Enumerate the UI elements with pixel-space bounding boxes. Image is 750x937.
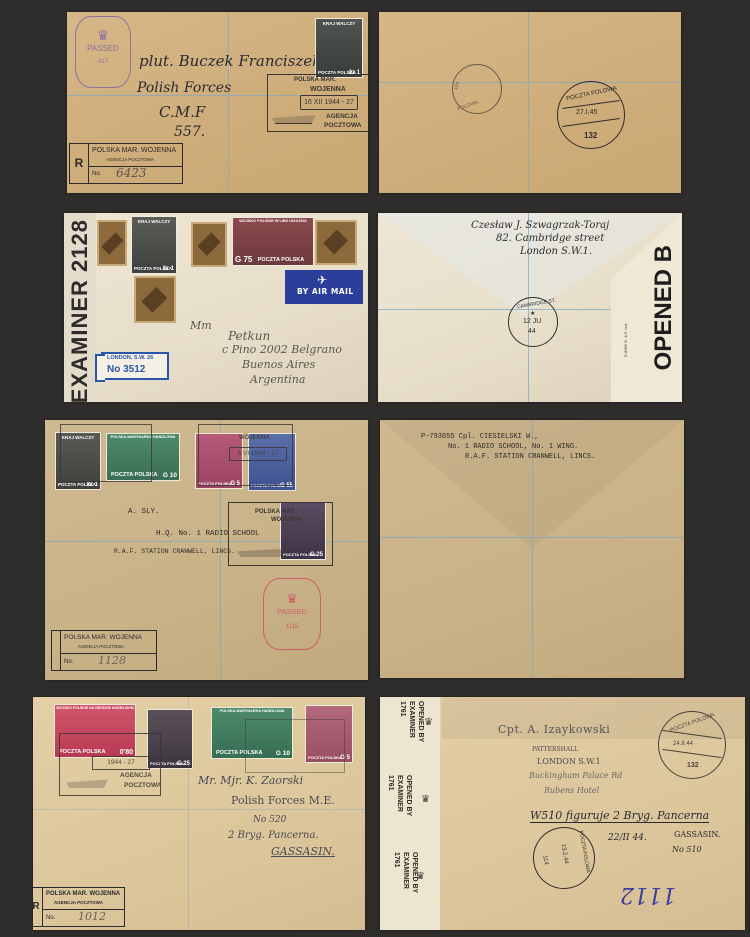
crown-icon: ♛ <box>416 871 425 882</box>
forwarding-line: LONDON S.W.1 <box>537 757 601 766</box>
censor-opened-label: OPENED BYEXAMINER1761 <box>398 701 425 742</box>
address-line: GASSASIN. <box>271 845 335 858</box>
registration-number: 1128 <box>98 654 126 667</box>
registration-letter <box>95 354 105 382</box>
sender-line: London S.W.1. <box>520 246 592 257</box>
london-cancel: CAMBRIDGE ST. ★ 12 JU 44 <box>508 297 558 347</box>
sender-line: R.A.F. STATION CRANWELL, LINCS. <box>465 453 595 461</box>
crown-icon: ♛ <box>421 794 430 805</box>
registration-line <box>379 82 681 83</box>
cover2-front: EXAMINER 2128 KRAJ WALCZY POCZTA POLSKA … <box>64 213 368 402</box>
address-line: Polish Forces M.E. <box>231 794 335 807</box>
censor-opened-label: OPENED BYEXAMINER1761 <box>392 852 419 893</box>
address-line: No 520 <box>253 815 286 825</box>
cover3-front: KRAJ WALCZY POCZTA POLSKA 2z 1 POLSKA MA… <box>45 420 368 680</box>
postmark-date-box: 6 VI 1944 - 27 <box>229 447 287 461</box>
address-line: plut. Buczek Franciszek <box>139 52 321 70</box>
ship-icon <box>237 543 287 557</box>
address-line: c Pino 2002 Belgrano <box>222 343 342 356</box>
sender-line: 82. Cambridge street <box>496 233 604 244</box>
censor-examiner-label: EXAMINER 2128 <box>67 219 93 402</box>
crown-icon: ♛ <box>264 591 320 607</box>
postage-stamp <box>134 276 176 323</box>
registration-label: R POLSKA MAR. WOJENNA AGENCJA POCZTOWA N… <box>33 887 125 927</box>
ship-postmark <box>60 424 152 482</box>
ship-postmark: POLSKA MAR. WOJENNA 16 XII 1944 - 27 AGE… <box>267 74 368 132</box>
censor-opened-label: OPENED B <box>650 245 678 370</box>
cover3-back: P-793055 Cpl. CIESIELSKI W., No. 1 RADIO… <box>380 420 684 678</box>
registration-number: 1012 <box>78 910 106 923</box>
postmark-date-box: 16 XII 1944 - 27 <box>300 95 358 110</box>
registration-number: 6423 <box>116 166 147 180</box>
cover4-front: WOJSKO POLSKIE NA GRODZIE ANGIELSKIM POC… <box>33 697 365 930</box>
cover1-front: ♛ PASSED 417 plut. Buczek Franciszek Pol… <box>67 12 368 193</box>
sender-line: No. 1 RADIO SCHOOL, No. 1 WING. <box>448 443 578 451</box>
crown-icon: ♛ <box>76 27 130 44</box>
postage-stamp: KRAJ WALCZY POCZTA POLSKA 2z 1 <box>131 216 177 274</box>
registration-line <box>528 12 529 193</box>
registration-letter: R <box>33 888 43 926</box>
field-post-cancel: POLOWA 104 <box>452 64 502 114</box>
postage-stamp <box>97 220 127 266</box>
postmark-date-box: 1944 - 27 <box>92 756 150 770</box>
cover1-back: POLOWA 104 POCZTA POLOWA 27.I.45 132 <box>379 12 681 193</box>
cover2-back: Czesław J. Szwagrzak-Toraj 82. Cambridge… <box>378 213 682 402</box>
censor-opened-label: OPENED BYEXAMINER1761 <box>386 775 413 816</box>
postage-stamp <box>315 220 357 265</box>
airmail-label: ✈ BY AIR MAIL <box>285 270 363 304</box>
sender-line: Cpt. A. Izaykowski <box>498 723 610 736</box>
ship-postmark: 1944 - 27 AGENCJA POCZTOWA <box>59 733 161 796</box>
address-line: Polish Forces <box>137 80 231 96</box>
postage-stamp: WOJSKO POLSKIE W LIBII 1941/1942 POCZTA … <box>232 217 314 266</box>
ship-icon <box>66 774 108 788</box>
registration-label: POLSKA MAR. WOJENNA AGENCJA POCZTOWA No.… <box>51 630 157 671</box>
sender-line: P-793055 Cpl. CIESIELSKI W., <box>421 433 539 441</box>
censor-passed-mark: ♛ PASSED 417 <box>75 16 131 88</box>
cover4-back: OPENED BYEXAMINER1761 OPENED BYEXAMINER1… <box>380 697 745 930</box>
registration-number: 3512 <box>123 364 145 375</box>
crown-icon: ♛ <box>424 717 433 728</box>
sender-line: Czesław J. Szwagrzak-Toraj <box>471 220 609 231</box>
forwarding-line: No 510 <box>672 845 702 854</box>
pencil-mark: 1112 <box>620 882 676 907</box>
registration-label: LONDON, S.W. 26 No 3512 <box>101 352 169 380</box>
address-line: H.Q. No. 1 RADIO SCHOOL <box>156 530 260 538</box>
wings-icon: ✈ <box>317 273 327 287</box>
forwarding-line: Buckingham Palace Rd <box>529 771 622 780</box>
postage-stamp <box>191 222 227 267</box>
address-line: Argentina <box>250 373 305 386</box>
field-post-cancel: POCZTA POLOWA 27.I.45 132 <box>557 81 625 149</box>
forwarding-line: Rubens Hotel <box>544 786 599 795</box>
address-line: Petkun <box>228 329 270 343</box>
address-line: Mr. Mjr. K. Zaorski <box>198 774 303 787</box>
forwarding-line: W510 figuruje 2 Bryg. Pancerna <box>530 809 709 823</box>
address-line: 2 Bryg. Pancerna. <box>228 830 319 841</box>
address-line: R.A.F. STATION CRANWELL, LINCS. <box>114 548 235 555</box>
forwarding-line: 22/II 44. <box>608 833 647 843</box>
ship-postmark <box>245 719 345 773</box>
address-line: 557. <box>174 124 205 140</box>
field-post-cancel: POCZTA POLOWA 13.2.44 114 <box>528 822 600 894</box>
registration-label: R POLSKA MAR. WOJENNA AGENCJA POCZTOWA N… <box>69 143 183 184</box>
ship-icon <box>272 109 316 124</box>
address-line: Mm <box>190 319 212 332</box>
registration-line <box>33 809 365 810</box>
registration-line <box>228 12 229 193</box>
address-line: A. SLY. <box>128 508 160 516</box>
field-post-cancel: POCZTA POLOWA 24.II.44 132 <box>658 711 726 779</box>
registration-letter: R <box>70 144 89 183</box>
ship-postmark: WOJENNA 6 VI 1944 - 27 <box>198 424 293 486</box>
forwarding-line: GASSASIN. <box>674 830 720 839</box>
censor-passed-mark: ♛ PASSED 1115 <box>263 578 321 650</box>
postage-stamp: KRAJ WALCZY POCZTA POLSKA 2z 1 <box>315 18 363 78</box>
address-line: Buenos Aires <box>242 358 315 371</box>
forwarding-line: PATTERSHALL <box>532 746 578 753</box>
address-line: C.M.F <box>159 103 205 121</box>
censor-printer-imprint: E.8085 G. & F. Ltd. <box>623 323 628 357</box>
